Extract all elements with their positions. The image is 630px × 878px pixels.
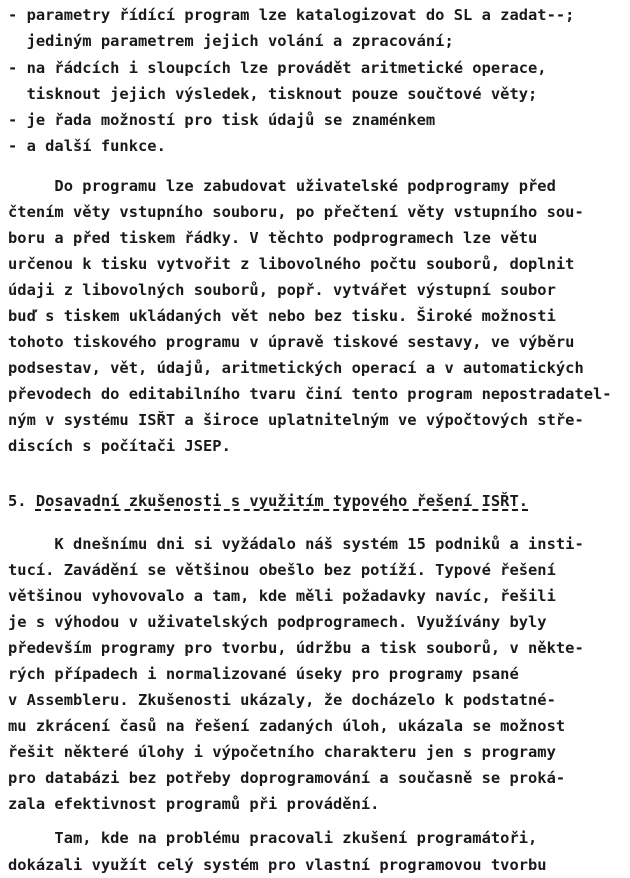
paragraph-line: převodech do editabilního tvaru činí ten… <box>8 385 612 403</box>
paragraph-line: rých případech i normalizované úseky pro… <box>8 665 519 683</box>
list-item-line: tisknout jejich výsledek, tisknout pouze… <box>8 85 537 103</box>
list-item-line: jediným parametrem jejich volání a zprac… <box>8 32 454 50</box>
paragraph-line: většinou vyhovovalo a tam, kde měli poža… <box>8 587 556 605</box>
list-item-line: - a další funkce. <box>8 137 166 155</box>
paragraph-line: ným v systému ISŘT a široce uplatnitelný… <box>8 411 584 429</box>
paragraph-line: zala efektivnost programů při provádění. <box>8 795 379 813</box>
paragraph-line: discích s počítači JSEP. <box>8 437 231 455</box>
paragraph-line: Tam, kde na problému pracovali zkušení p… <box>8 829 537 847</box>
list-item-line: - na řádcích i sloupcích lze provádět ar… <box>8 59 547 77</box>
paragraph-line: určenou k tisku vytvořit z libovolného p… <box>8 255 574 273</box>
paragraph-line: podsestav, vět, údajů, aritmetických ope… <box>8 359 584 377</box>
section-heading: 5. Dosavadní zkušenosti s využitím typov… <box>8 492 528 510</box>
paragraph-line: čtením věty vstupního souboru, po přečte… <box>8 203 584 221</box>
paragraph-line: tohoto tiskového programu v úpravě tisko… <box>8 333 574 351</box>
paragraph-line: Do programu lze zabudovat uživatelské po… <box>8 177 556 195</box>
paragraph-line: především programy pro tvorbu, údržbu a … <box>8 639 584 657</box>
paragraph-line: řešit některé úlohy i výpočetního charak… <box>8 743 556 761</box>
paragraph-line: dokázali využít celý systém pro vlastní … <box>8 856 547 874</box>
list-item-line: - je řada možností pro tisk údajů se zna… <box>8 111 435 129</box>
paragraph-line: K dnešnímu dni si vyžádalo náš systém 15… <box>8 535 584 553</box>
paragraph-line: v Assembleru. Zkušenosti ukázaly, že doc… <box>8 691 556 709</box>
list-item-line: - parametry řídící program lze katalogiz… <box>8 6 574 24</box>
paragraph-line: mu zkrácení časů na řešení zadaných úloh… <box>8 717 565 735</box>
paragraph-line: buď s tiskem ukládaných vět nebo bez tis… <box>8 307 556 325</box>
paragraph-line: údaji z libovolných souborů, popř. vytvá… <box>8 281 556 299</box>
paragraph-line: tucí. Zavádění se většinou obešlo bez po… <box>8 561 556 579</box>
paragraph-line: je s výhodou v uživatelských podprograme… <box>8 613 547 631</box>
paragraph-line: pro databázi bez potřeby doprogramování … <box>8 769 565 787</box>
section-title: Dosavadní zkušenosti s využitím typového… <box>36 492 528 510</box>
paragraph-line: boru a před tiskem řádky. V těchto podpr… <box>8 229 537 247</box>
section-number: 5. <box>8 492 36 510</box>
